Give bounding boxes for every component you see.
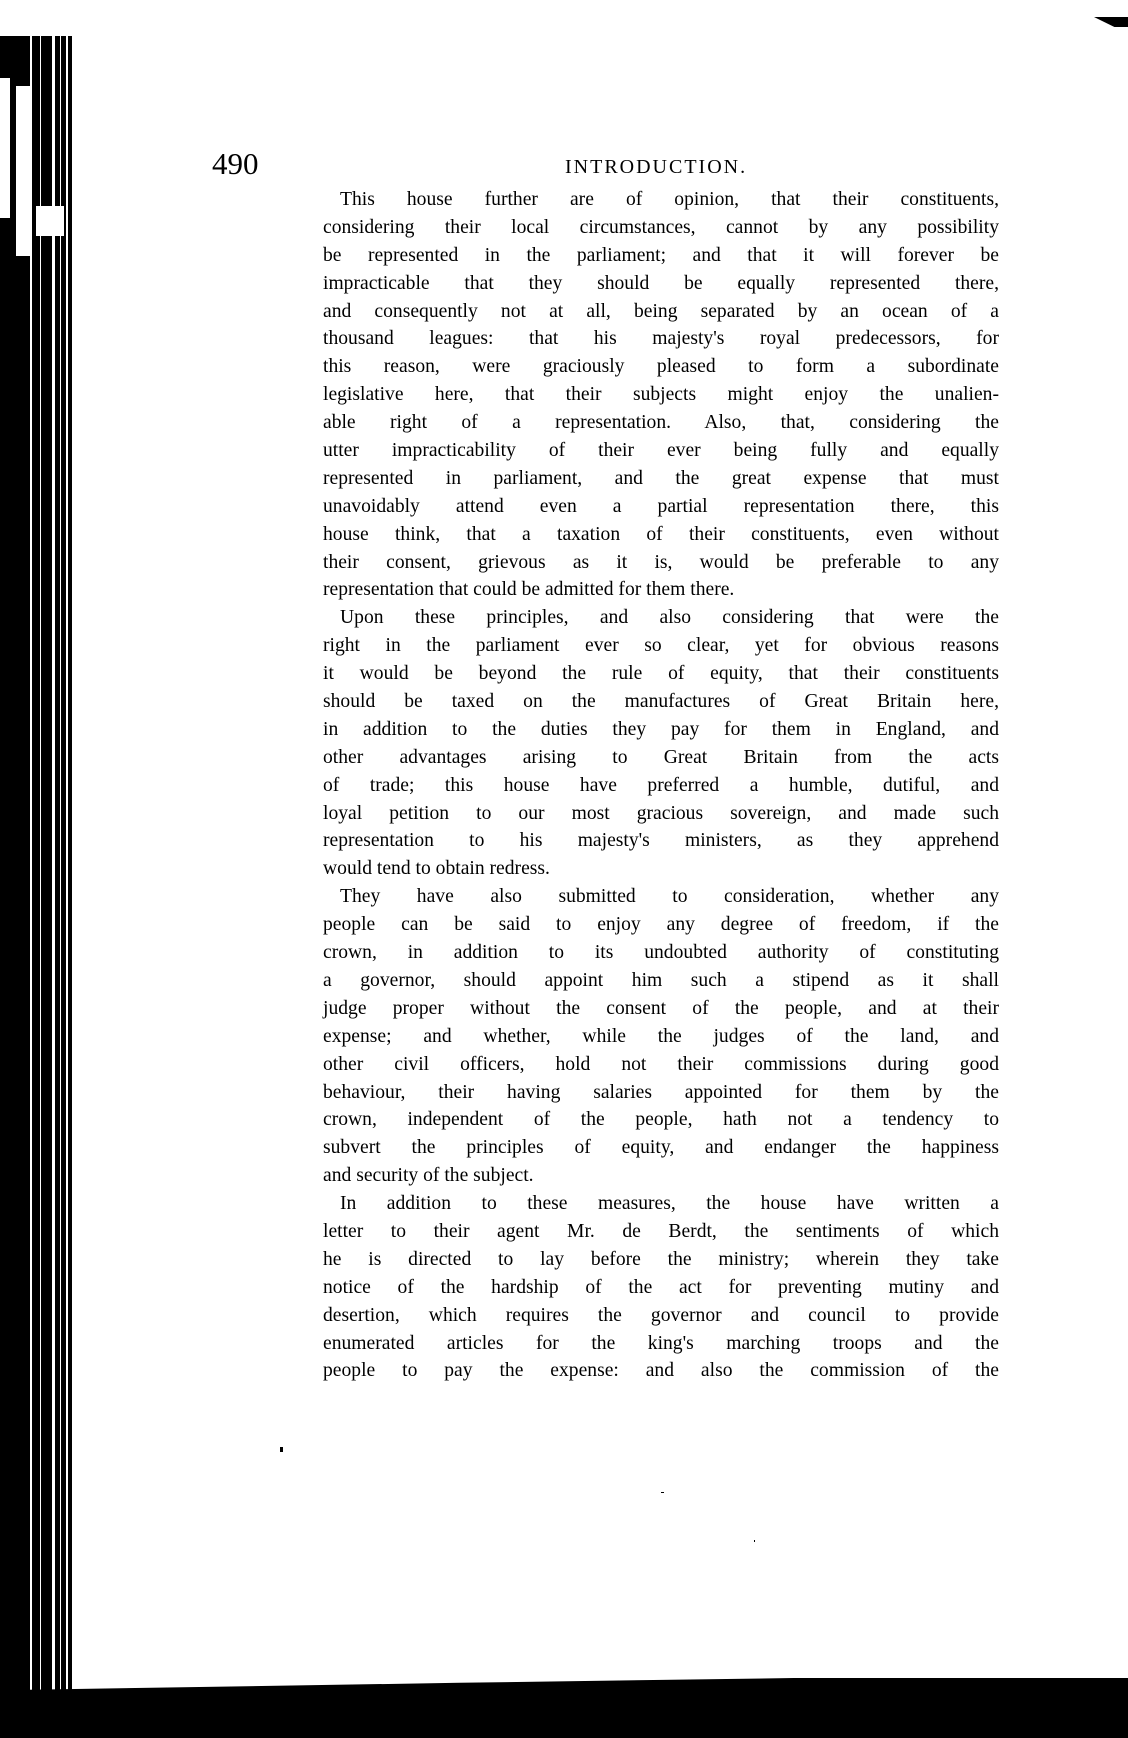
paragraph: They have also submitted to consideratio… <box>323 883 999 1190</box>
scan-corner-mark <box>1094 17 1128 27</box>
text-line: notice of the hardship of the act for pr… <box>323 1274 999 1302</box>
text-line: crown, independent of the people, hath n… <box>323 1106 999 1134</box>
text-line: would tend to obtain redress. <box>323 855 999 883</box>
text-line: judge proper without the consent of the … <box>323 995 999 1023</box>
text-line: house think, that a taxation of their co… <box>323 521 999 549</box>
text-line: of trade; this house have preferred a hu… <box>323 772 999 800</box>
paragraph: This house further are of opinion, that … <box>323 186 999 604</box>
text-line: desertion, which requires the governor a… <box>323 1302 999 1330</box>
text-line: this reason, were graciously pleased to … <box>323 353 999 381</box>
running-head: INTRODUCTION. <box>565 156 747 179</box>
text-line: In addition to these measures, the house… <box>323 1190 999 1218</box>
paragraph: Upon these principles, and also consider… <box>323 604 999 883</box>
text-line: in addition to the duties they pay for t… <box>323 716 999 744</box>
scan-gutter <box>0 36 72 1738</box>
text-line: crown, in addition to its undoubted auth… <box>323 939 999 967</box>
text-line: They have also submitted to consideratio… <box>323 883 999 911</box>
text-line: representation that could be admitted fo… <box>323 576 999 604</box>
stray-mark <box>280 1447 283 1452</box>
text-line: Upon these principles, and also consider… <box>323 604 999 632</box>
text-line: subvert the principles of equity, and en… <box>323 1134 999 1162</box>
scan-bottom-band <box>14 1678 1128 1738</box>
page-number: 490 <box>212 146 259 182</box>
stray-mark <box>661 1492 664 1493</box>
text-line: and security of the subject. <box>323 1162 999 1190</box>
text-line: expense; and whether, while the judges o… <box>323 1023 999 1051</box>
text-line: loyal petition to our most gracious sove… <box>323 800 999 828</box>
text-line: letter to their agent Mr. de Berdt, the … <box>323 1218 999 1246</box>
text-line: impracticable that they should be equall… <box>323 270 999 298</box>
text-line: utter impracticability of their ever bei… <box>323 437 999 465</box>
text-line: people to pay the expense: and also the … <box>323 1357 999 1385</box>
text-line: legislative here, that their subjects mi… <box>323 381 999 409</box>
text-line: unavoidably attend even a partial repres… <box>323 493 999 521</box>
text-line: behaviour, their having salaries appoint… <box>323 1079 999 1107</box>
text-line: their consent, grievous as it is, would … <box>323 549 999 577</box>
text-line: able right of a representation. Also, th… <box>323 409 999 437</box>
text-line: This house further are of opinion, that … <box>323 186 999 214</box>
text-line: he is directed to lay before the ministr… <box>323 1246 999 1274</box>
text-line: and consequently not at all, being separ… <box>323 298 999 326</box>
paragraph: In addition to these measures, the house… <box>323 1190 999 1385</box>
text-line: right in the parliament ever so clear, y… <box>323 632 999 660</box>
text-line: other civil officers, hold not their com… <box>323 1051 999 1079</box>
text-line: enumerated articles for the king's march… <box>323 1330 999 1358</box>
text-line: represented in parliament, and the great… <box>323 465 999 493</box>
text-line: should be taxed on the manufactures of G… <box>323 688 999 716</box>
text-line: thousand leagues: that his majesty's roy… <box>323 325 999 353</box>
text-line: a governor, should appoint him such a st… <box>323 967 999 995</box>
stray-mark <box>754 1540 755 1542</box>
text-line: it would be beyond the rule of equity, t… <box>323 660 999 688</box>
text-line: considering their local circumstances, c… <box>323 214 999 242</box>
text-line: other advantages arising to Great Britai… <box>323 744 999 772</box>
text-line: be represented in the parliament; and th… <box>323 242 999 270</box>
text-line: representation to his majesty's minister… <box>323 827 999 855</box>
body-text: This house further are of opinion, that … <box>323 186 999 1385</box>
text-line: people can be said to enjoy any degree o… <box>323 911 999 939</box>
